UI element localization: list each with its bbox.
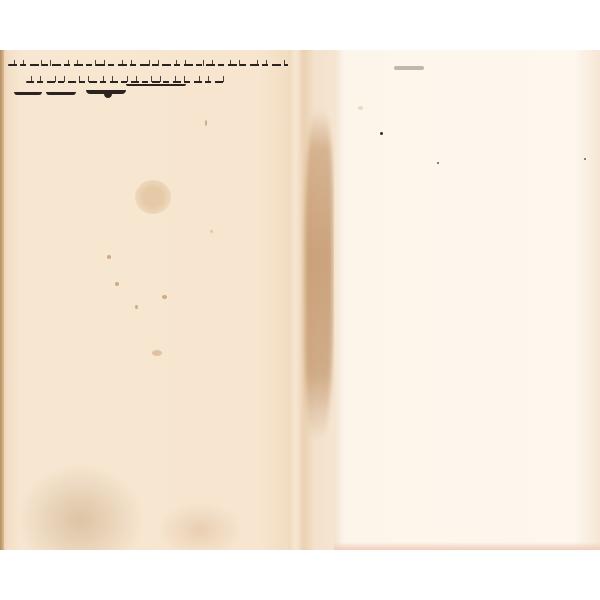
handwriting-stroke <box>104 90 112 98</box>
handwriting-stroke <box>126 84 186 86</box>
gutter-water-stain <box>305 110 333 440</box>
foxing-spot <box>115 282 119 286</box>
foxing-spot <box>437 162 439 164</box>
handwriting-stroke <box>8 60 290 66</box>
foxing-spot <box>205 120 207 126</box>
foxing-spot <box>210 230 213 233</box>
handwriting-stroke <box>46 92 76 95</box>
right-page <box>334 50 600 550</box>
manuscript-spread: Handwritten Ottoman script note, 2 lines <box>0 50 600 550</box>
foxing-spot <box>584 158 586 160</box>
handwritten-note: Handwritten Ottoman script note, 2 lines <box>6 54 288 102</box>
ring-stain <box>135 180 171 214</box>
handwriting-stroke <box>26 76 226 82</box>
foxing-spot <box>162 295 167 299</box>
handwriting-stroke <box>14 92 42 95</box>
foxing-spot <box>107 255 111 259</box>
foxing-spot <box>380 132 383 135</box>
foxing-spot <box>394 66 424 70</box>
foxing-spot <box>152 350 162 356</box>
foxing-spot <box>358 106 363 110</box>
foxing-spot <box>135 305 138 309</box>
left-page: Handwritten Ottoman script note, 2 lines <box>0 50 292 550</box>
